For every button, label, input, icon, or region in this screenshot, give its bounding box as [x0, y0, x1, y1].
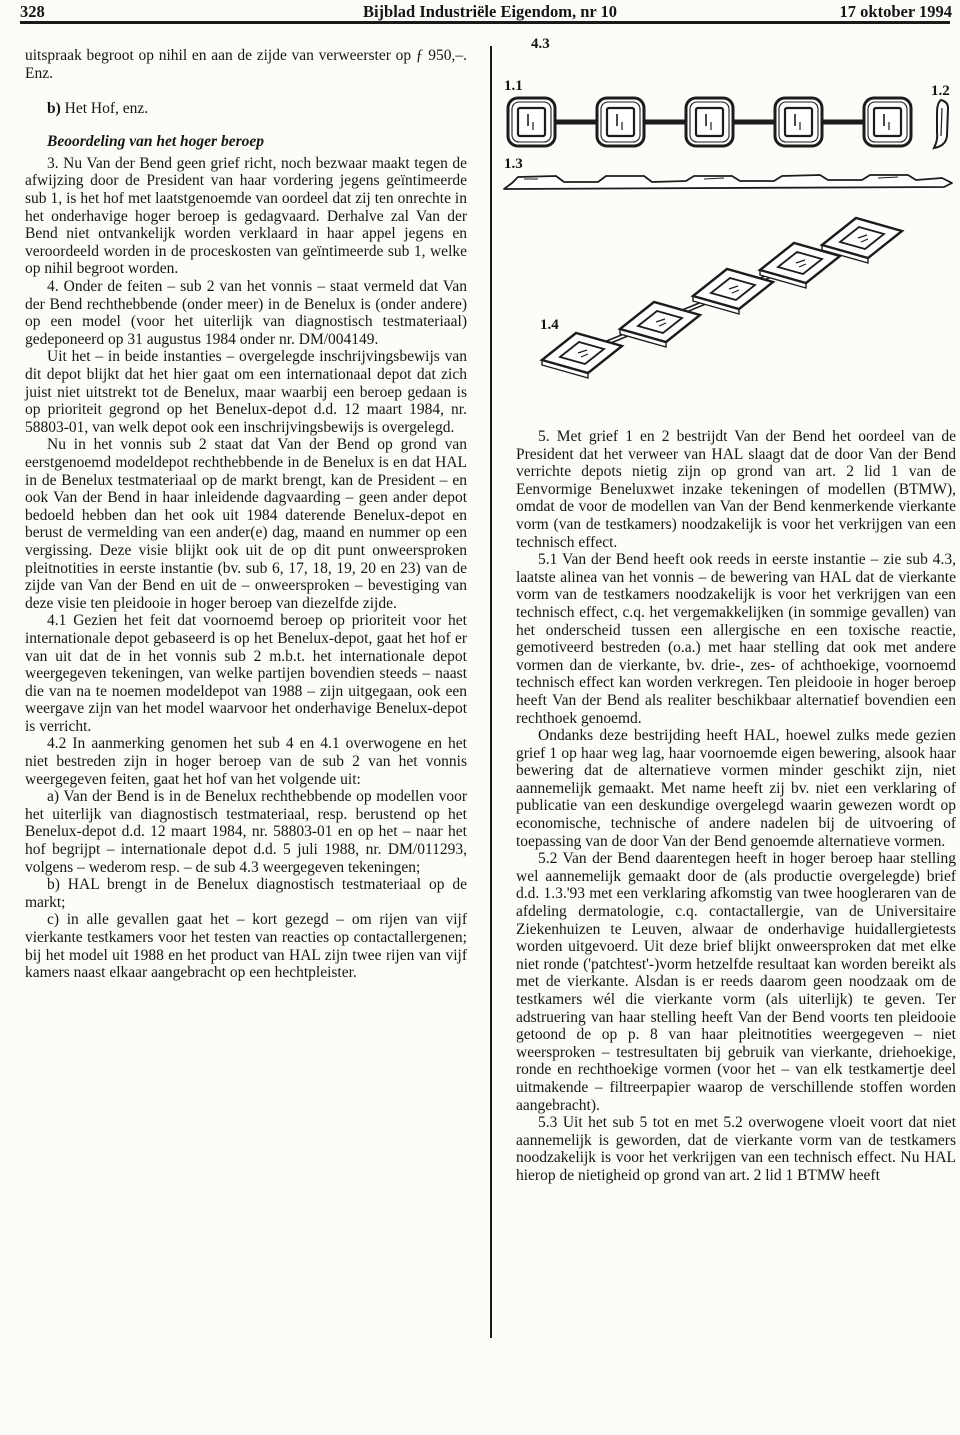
page-number: 328	[20, 2, 45, 22]
paragraph-5: 5. Met grief 1 en 2 bestrijdt Van der Be…	[516, 428, 956, 551]
left-column: uitspraak begroot op nihil en aan de zij…	[25, 47, 467, 982]
figure-1-3-strip	[504, 175, 952, 189]
hof-text: Het Hof, enz.	[61, 100, 148, 117]
intro-paragraph: uitspraak begroot op nihil en aan de zij…	[25, 47, 467, 82]
paragraph-4-2: 4.2 In aanmerking genomen het sub 4 en 4…	[25, 735, 467, 788]
hof-line: b) Het Hof, enz.	[25, 100, 467, 118]
paragraph-5-1: 5.1 Van der Bend heeft ook reeds in eers…	[516, 551, 956, 727]
figure-1-4-perspective	[542, 218, 902, 378]
journal-page: { "header": { "page_number": "328", "jou…	[0, 0, 960, 1435]
journal-title: Bijblad Industriële Eigendom, nr 10	[240, 2, 740, 22]
paragraph-list-b: b) HAL brengt in de Benelux diagnostisch…	[25, 876, 467, 911]
paragraph-4-cont-1: Uit het – in beide instanties – overgele…	[25, 348, 467, 436]
paragraph-4: 4. Onder de feiten – sub 2 van het vonni…	[25, 278, 467, 348]
paragraph-list-a: a) Van der Bend is in de Benelux rechthe…	[25, 788, 467, 876]
paragraph-5-1-cont: Ondanks deze bestrijding heeft HAL, hoew…	[516, 727, 956, 850]
paragraph-3: 3. Nu Van der Bend geen grief richt, noc…	[25, 155, 467, 278]
paragraph-5-2: 5.2 Van der Bend daarentegen heeft in ho…	[516, 850, 956, 1114]
column-divider	[490, 46, 492, 1338]
paragraph-4-1: 4.1 Gezien het feit dat voornoemd beroep…	[25, 612, 467, 735]
header-rule	[20, 21, 950, 24]
patent-figures-drawing	[498, 30, 958, 425]
paragraph-4-cont-2: Nu in het vonnis sub 2 staat dat Van der…	[25, 436, 467, 612]
section-heading: Beoordeling van het hoger beroep	[25, 133, 467, 151]
hof-lead: b)	[47, 100, 61, 117]
figure-1-2-profile	[934, 100, 948, 148]
right-column: 5. Met grief 1 en 2 bestrijdt Van der Be…	[516, 428, 956, 1185]
issue-date: 17 oktober 1994	[840, 2, 952, 22]
paragraph-list-c: c) in alle gevallen gaat het – kort geze…	[25, 911, 467, 981]
paragraph-5-3: 5.3 Uit het sub 5 tot en met 5.2 overwog…	[516, 1114, 956, 1184]
figure-1-1-row	[508, 98, 912, 146]
